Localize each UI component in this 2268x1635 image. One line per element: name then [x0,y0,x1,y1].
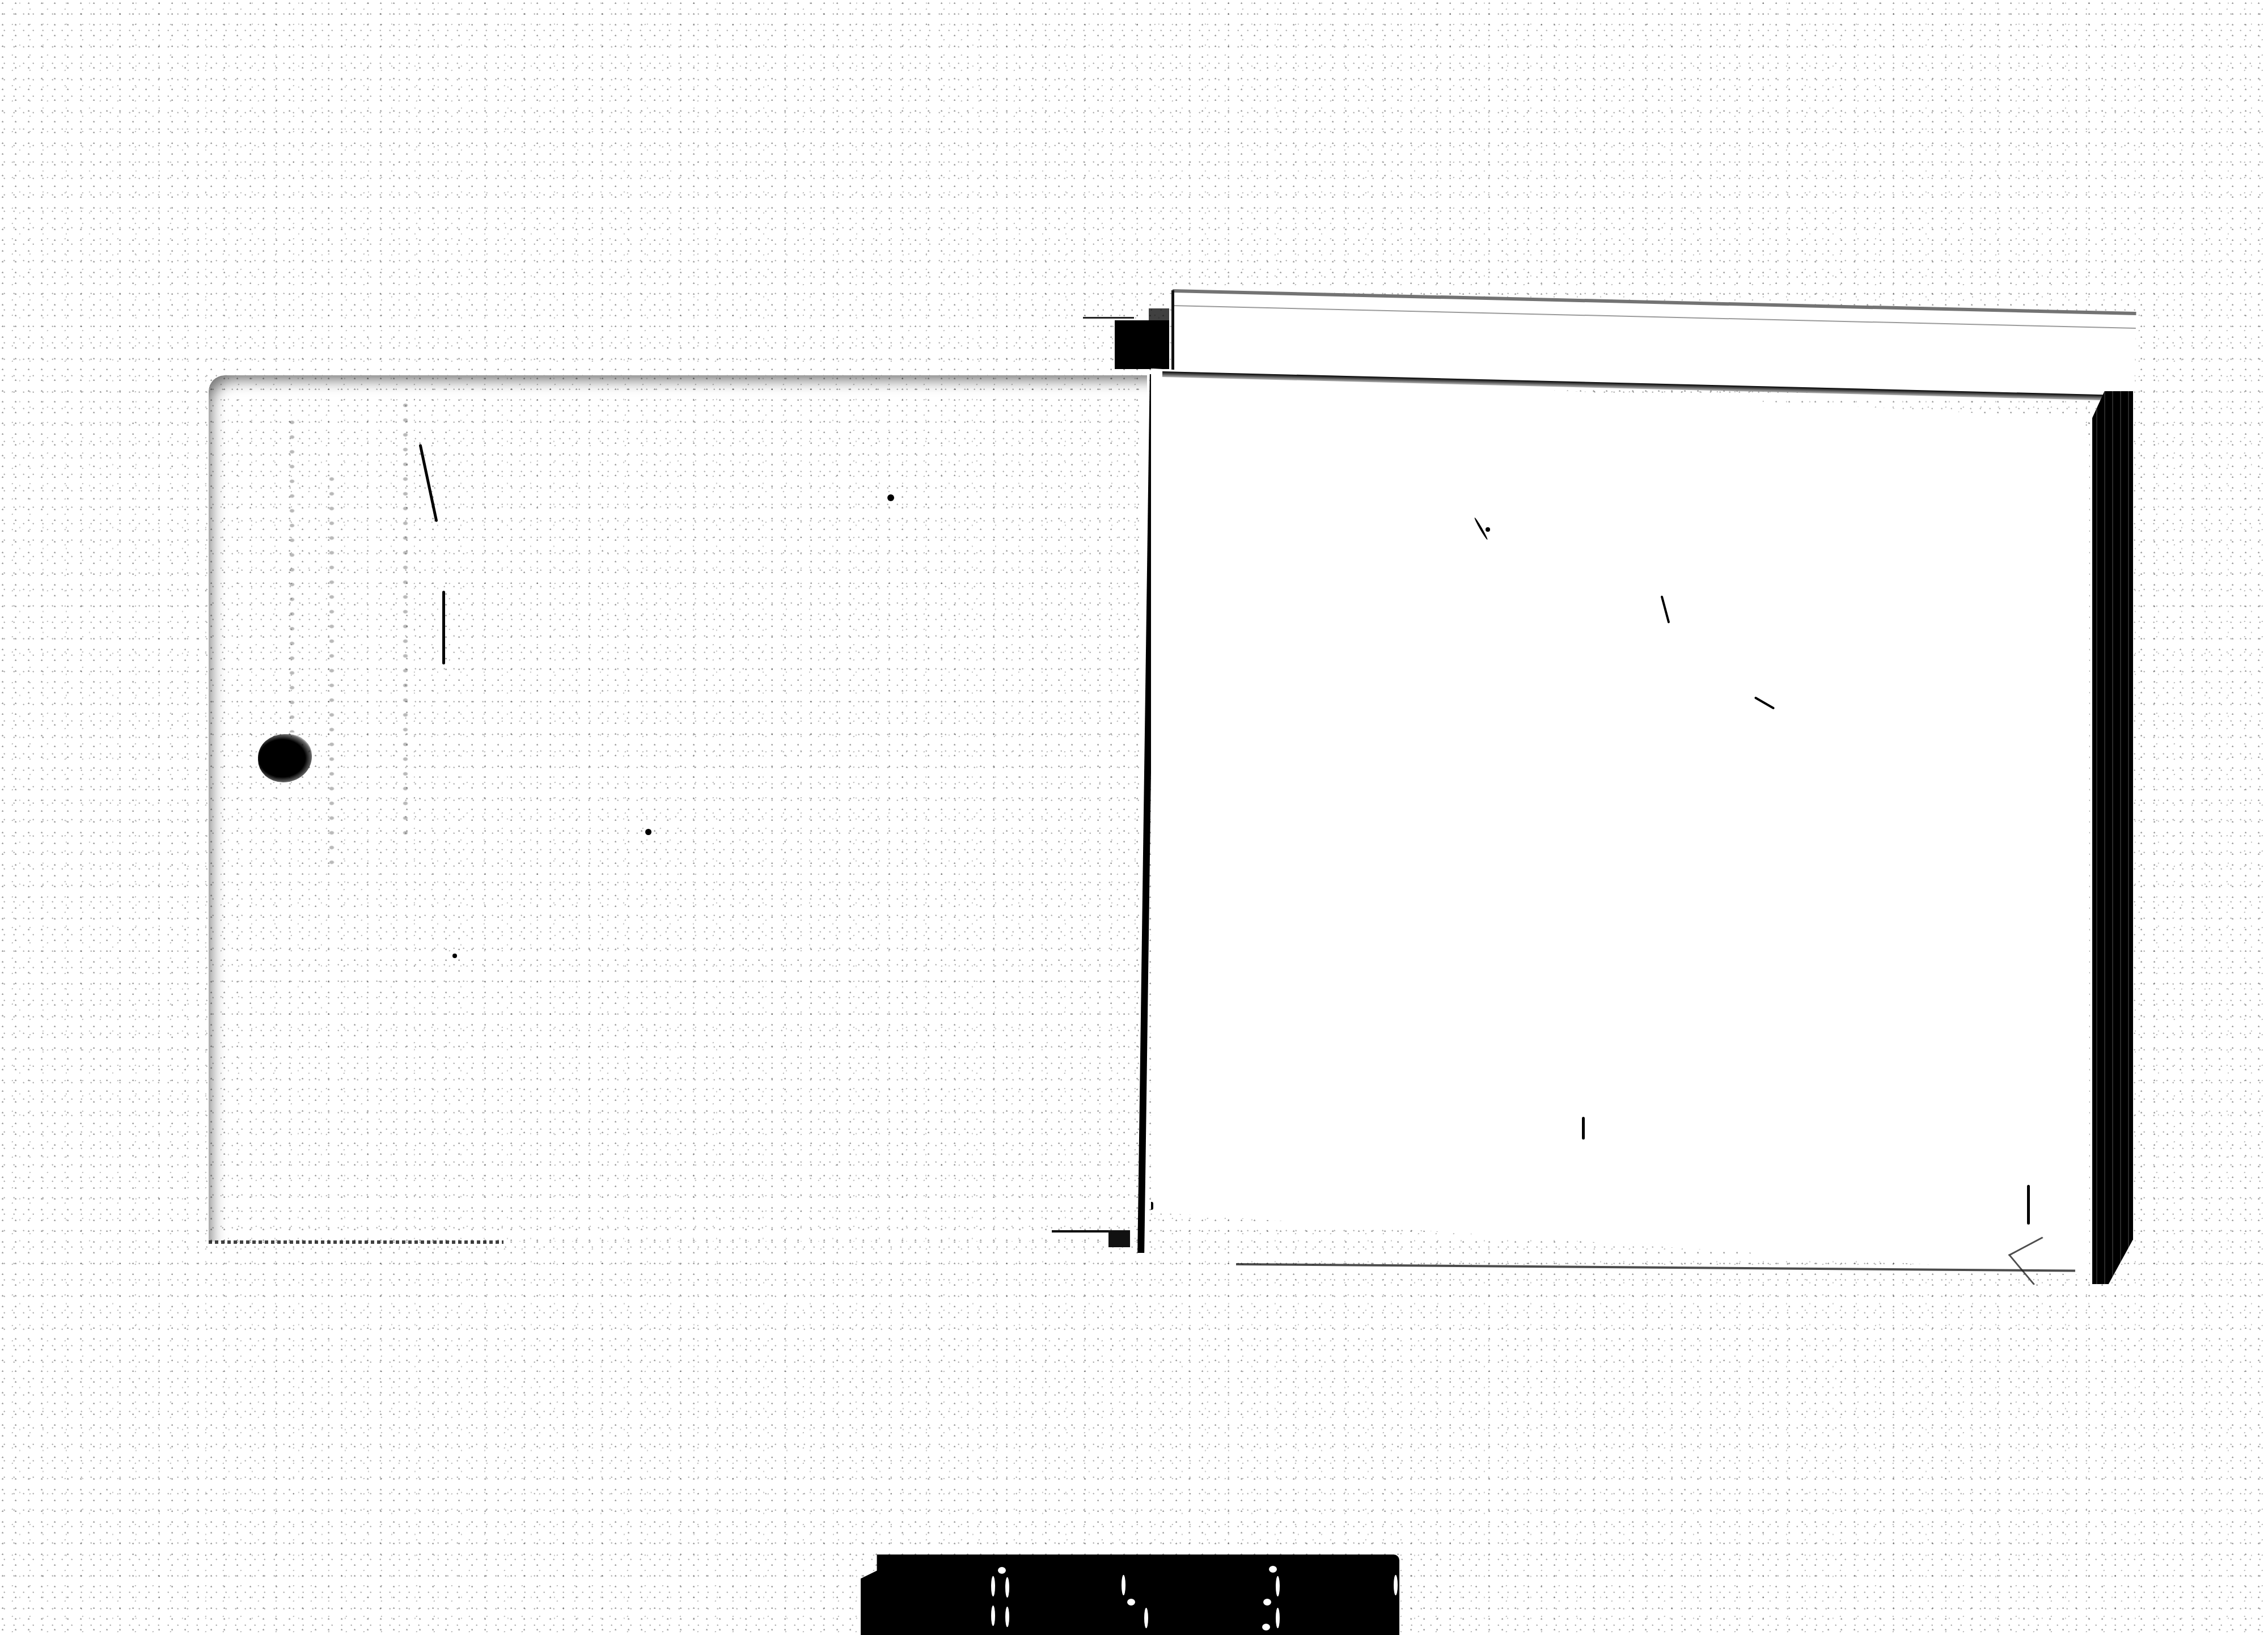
right-page [1151,368,2104,1276]
fiber-mark [1582,1117,1585,1140]
pen-stroke [419,444,438,522]
overlay-sheet-edge [1171,290,1174,375]
ink-dot [887,494,894,501]
spine-top-edge [1083,317,1134,319]
overlay-sheet-line [1172,305,2136,329]
tag-digit [1258,1572,1309,1634]
ink-dot [1486,527,1490,532]
tag-digit [985,1572,1036,1634]
left-page-bottom-edge [209,1240,503,1244]
tag-digit [1122,1572,1173,1634]
archive-tag [861,1554,1399,1635]
handwriting-column [282,415,302,732]
fiber-mark [1754,696,1775,709]
page-block-edge [2092,391,2133,1284]
spine-clip-bottom [1108,1230,1130,1247]
handwriting-column [396,398,415,840]
pen-stroke [442,591,445,664]
fiber-mark [1661,595,1670,623]
handwriting-column [322,472,341,869]
ink-dot [452,954,457,958]
fiber-mark [2027,1185,2030,1225]
spine-clip-top [1115,320,1169,369]
left-page [209,375,1147,1242]
tag-digits [985,1572,1445,1634]
ink-dot [645,829,651,835]
